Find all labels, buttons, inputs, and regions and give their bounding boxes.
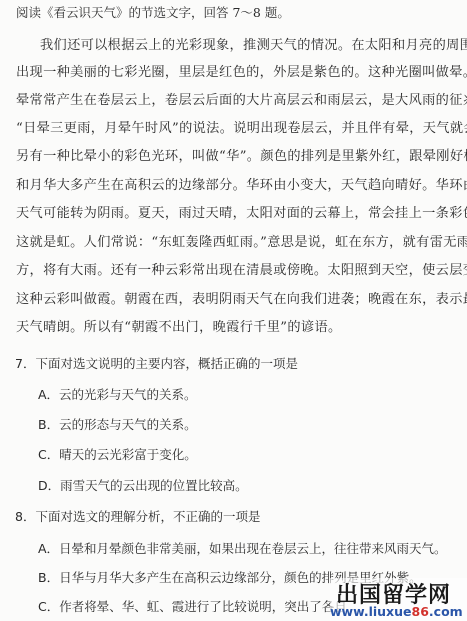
option-a: A．日晕和月晕颜色非常美丽，如果出现在卷层云上，往往带来风雨天气。 xyxy=(38,540,447,558)
passage-line: 这种云彩叫做霞。朝霞在西，表明阴雨天气在向我们进袭；晚霞在东，表示最近几天里 xyxy=(16,291,467,309)
site-watermark: 出国留学网 www.liuxue86.com xyxy=(330,578,467,621)
passage-line: 和月华大多产生在高积云的边缘部分。华环由小变大，天气趋向晴好。华环由大变小， xyxy=(16,177,467,195)
passage-line: 天气晴朗。所以有“朝霞不出门，晚霞行千里”的谚语。 xyxy=(16,319,342,337)
question-stem: 7．下面对选文说明的主要内容，概括正确的一项是 xyxy=(15,355,298,373)
watermark-url-number: 86 xyxy=(412,604,429,619)
watermark-url: www.liuxue86.com xyxy=(330,604,463,619)
passage-line: 天气可能转为阴雨。夏天，雨过天晴，太阳对面的云幕上，常会挂上一条彩色的圆弧， xyxy=(16,205,467,223)
option-d: D．雨雪天气的云出现的位置比较高。 xyxy=(38,477,248,495)
passage-line: 另有一种比晕小的彩色光环，叫做“华”。颜色的排列是里紫外红，跟晕刚好相反。日华 xyxy=(16,148,467,166)
watermark-url-suffix: .com xyxy=(429,604,463,619)
watermark-url-prefix: www.liuxue xyxy=(330,604,412,619)
option-b: B．云的形态与天气的关系。 xyxy=(38,416,197,434)
option-c: C．作者将晕、华、虹、霞进行了比较说明，突出了各自 xyxy=(38,598,347,616)
passage-line: “日晕三更雨，月晕午时风”的说法。说明出现卷层云，并且伴有晕，天气就会变坏。 xyxy=(16,120,467,138)
passage-line: 我们还可以根据云上的光彩现象，推测天气的情况。在太阳和月亮的周围，有时会 xyxy=(40,37,467,55)
passage-line: 出现一种美丽的七彩光圈，里层是红色的，外层是紫色的。这种光圈叫做晕。日晕和月 xyxy=(16,64,467,82)
passage-line: 这就是虹。人们常说：“东虹轰隆西虹雨。”意思是说，虹在东方，就有雷无雨；虹在西 xyxy=(16,234,467,252)
question-stem: 8．下面对选文的理解分析，不正确的一项是 xyxy=(15,508,260,526)
passage-line: 晕常常产生在卷层云上，卷层云后面的大片高层云和雨层云，是大风雨的征兆。所以有 xyxy=(16,92,467,110)
option-a: A．云的光彩与天气的关系。 xyxy=(38,386,197,404)
reading-instruction: 阅读《看云识天气》的节选文字，回答 7～8 题。 xyxy=(16,4,290,22)
passage-line: 方，将有大雨。还有一种云彩常出现在清晨或傍晚。太阳照到天空，使云层变成红色， xyxy=(16,262,467,280)
option-c: C．晴天的云光彩富于变化。 xyxy=(38,446,197,464)
